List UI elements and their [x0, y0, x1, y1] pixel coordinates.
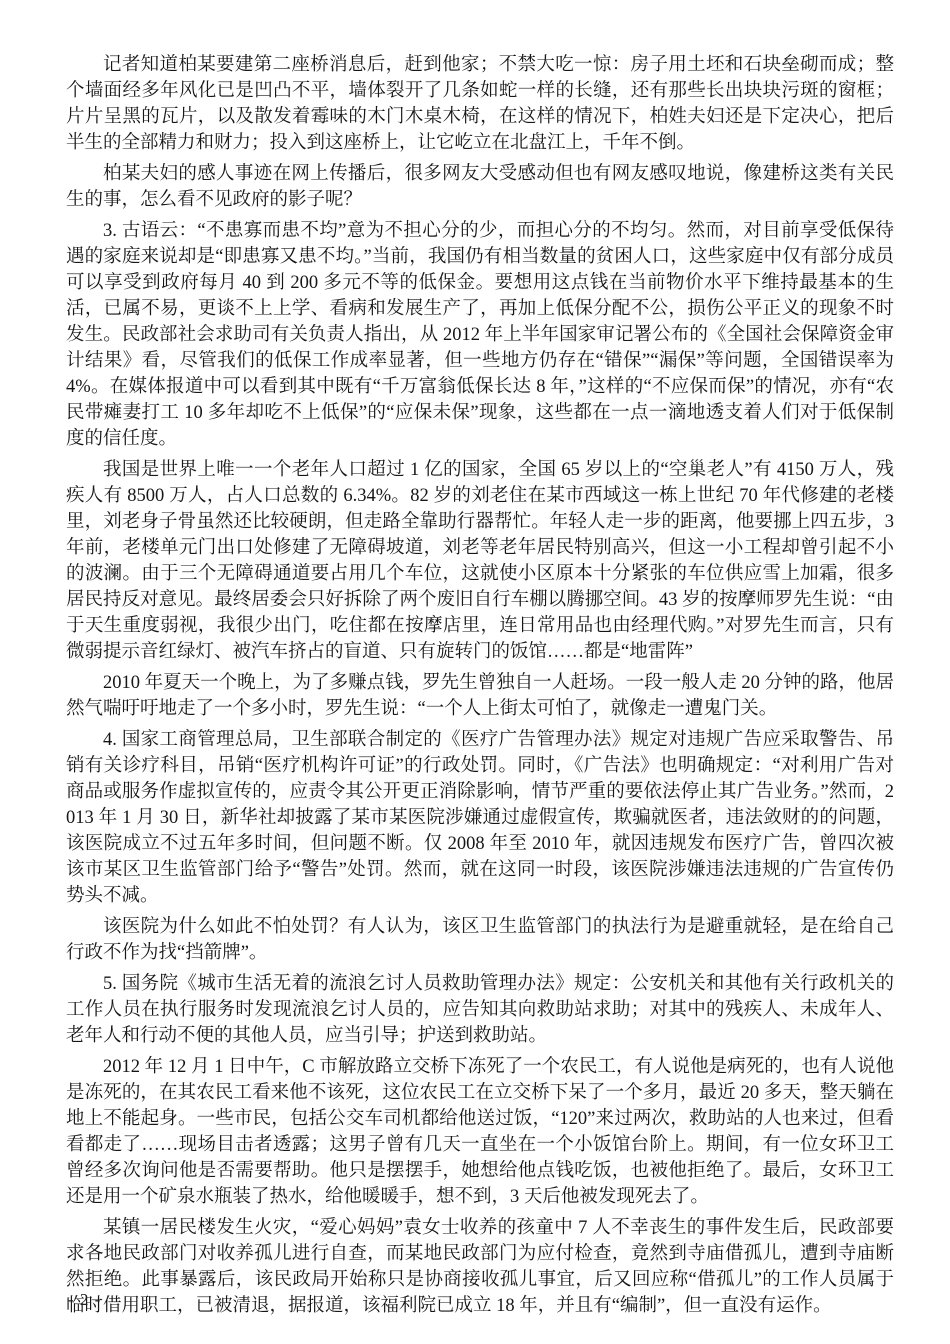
paragraph: 某镇一居民楼发生火灾，“爱心妈妈”袁女士收养的孩童中 7 人不幸丧生的事件发生后…	[66, 1215, 894, 1319]
paragraph: 4. 国家工商管理总局，卫生部联合制定的《医疗广告管理办法》规定对违规广告应采取…	[66, 727, 894, 909]
paragraph: 3. 古语云：“不患寡而患不均”意为不担心分的少，而担心分的不均匀。然而，对目前…	[66, 218, 894, 452]
page-number: - 2 -	[68, 1290, 101, 1310]
paragraph: 记者知道柏某要建第二座桥消息后，赶到他家；不禁大吃一惊：房子用土坯和石块垒砌而成…	[66, 52, 894, 156]
paragraph: 该医院为什么如此不怕处罚？有人认为，该区卫生监管部门的执法行为是避重就轻，是在给…	[66, 914, 894, 966]
document-body: 记者知道柏某要建第二座桥消息后，赶到他家；不禁大吃一惊：房子用土坯和石块垒砌而成…	[66, 52, 894, 1324]
paragraph: 2010 年夏天一个晚上，为了多赚点钱，罗先生曾独自一人赶场。一段一般人走 20…	[66, 670, 894, 722]
paragraph: 柏某夫妇的感人事迹在网上传播后，很多网友大受感动但也有网友感叹地说，像建桥这类有…	[66, 161, 894, 213]
paragraph: 5. 国务院《城市生活无着的流浪乞讨人员救助管理办法》规定：公安机关和其他有关行…	[66, 971, 894, 1049]
document-page: 记者知道柏某要建第二座桥消息后，赶到他家；不禁大吃一惊：房子用土坯和石块垒砌而成…	[0, 0, 950, 1344]
paragraph: 2012 年 12 月 1 日中午，C 市解放路立交桥下冻死了一个农民工，有人说…	[66, 1054, 894, 1210]
paragraph: 我国是世界上唯一一个老年人口超过 1 亿的国家，全国 65 岁以上的“空巢老人”…	[66, 457, 894, 665]
